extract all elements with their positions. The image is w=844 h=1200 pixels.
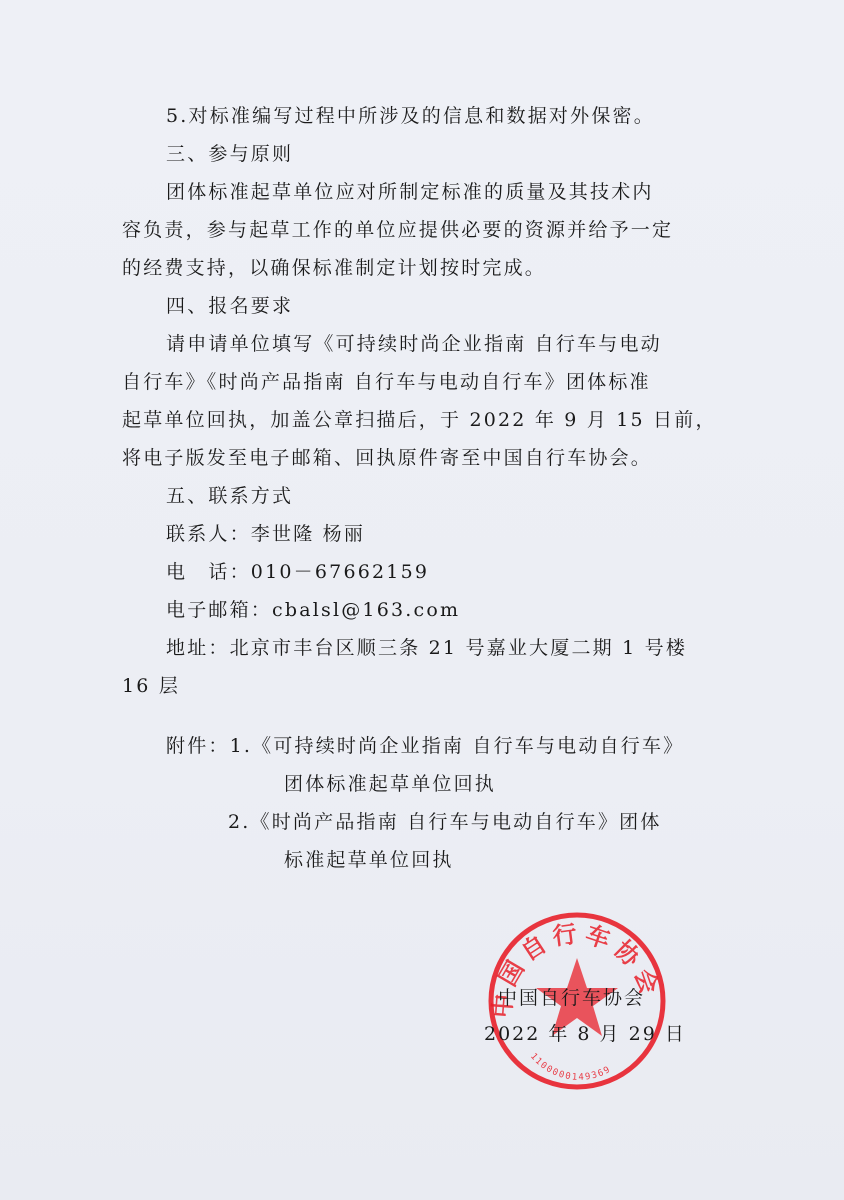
attachment-1-cont: 团体标准起草单位回执	[284, 772, 496, 796]
contact-persons: 联系人：李世隆 杨丽	[166, 522, 365, 546]
body-line-deadline: 起草单位回执，加盖公章扫描后，于 2022 年 9 月 15 日前，	[122, 408, 717, 432]
section-heading-participation-principles: 三、参与原则	[166, 142, 293, 166]
signature-organization: 中国自行车协会	[498, 986, 645, 1010]
body-line-clause-5: 5.对标准编写过程中所涉及的信息和数据对外保密。	[166, 104, 655, 128]
section-heading-contact: 五、联系方式	[166, 484, 293, 508]
document-page: 5.对标准编写过程中所涉及的信息和数据对外保密。 三、参与原则 团体标准起草单位…	[0, 0, 844, 1200]
contact-address-cont: 16 层	[122, 674, 180, 698]
attachment-2: 2.《时尚产品指南 自行车与电动自行车》团体	[228, 810, 662, 834]
attachment-1: 附件：1.《可持续时尚企业指南 自行车与电动自行车》	[166, 734, 684, 758]
contact-email: 电子邮箱：cbalsl@163.com	[166, 598, 460, 622]
section-heading-registration: 四、报名要求	[166, 294, 293, 318]
contact-phone: 电 话：010－67662159	[166, 560, 429, 584]
signature-date: 2022 年 8 月 29 日	[484, 1022, 686, 1046]
body-line: 请申请单位填写《可持续时尚企业指南 自行车与电动	[166, 332, 662, 356]
body-line: 将电子版发至电子邮箱、回执原件寄至中国自行车协会。	[122, 446, 652, 470]
body-line: 自行车》《时尚产品指南 自行车与电动自行车》团体标准	[122, 370, 651, 394]
contact-address: 地址：北京市丰台区顺三条 21 号嘉业大厦二期 1 号楼	[166, 636, 687, 660]
attachment-2-cont: 标准起草单位回执	[284, 848, 454, 872]
body-line: 容负责，参与起草工作的单位应提供必要的资源并给予一定	[122, 218, 673, 242]
body-line: 的经费支持，以确保标准制定计划按时完成。	[122, 256, 546, 280]
body-line: 团体标准起草单位应对所制定标准的质量及其技术内	[166, 180, 654, 204]
